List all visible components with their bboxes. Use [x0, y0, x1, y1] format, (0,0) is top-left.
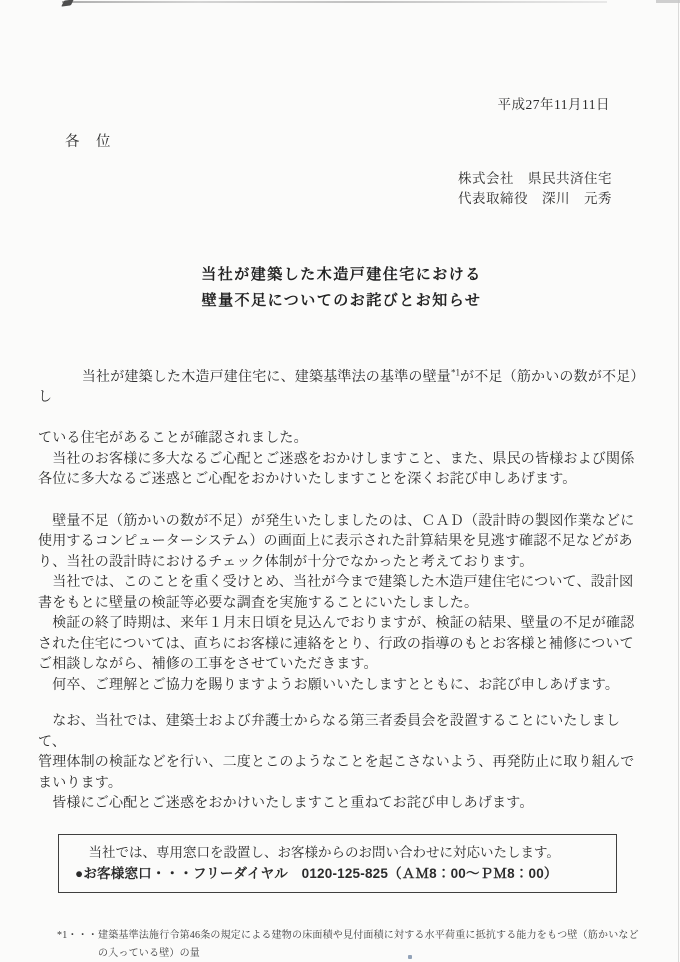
text-line: 何卒、ご理解とご協力を賜りますようお願いいたしますとともに、お詫び申しあげます。	[38, 676, 645, 697]
sender-company: 株式会社 県民共済住宅	[38, 169, 612, 189]
letter-date: 平成27年11月11日	[38, 93, 645, 113]
text-line: り、当社の設計時におけるチェック体制が十分でなかったと考えております。	[38, 553, 645, 574]
paragraph-opening: 当社が建築した木造戸建住宅に、建築基準法の基準の壁量*1が不足（筋かいの数が不足…	[38, 347, 645, 491]
scan-artifact-top-mark	[61, 0, 74, 7]
text-line: 書をもとに壁量の検証等必要な調査を実施することにいたしました。	[38, 594, 645, 615]
text-line: 当社のお客様に多大なるご心配とご迷惑をおかけしますこと、また、県民の皆様および関…	[38, 450, 645, 471]
text-line: 皆様にご心配とご迷惑をおかけいたしますこと重ねてお詫び申しあげます。	[38, 794, 645, 815]
salutation: 各 位	[38, 130, 645, 151]
paragraph-prevention: なお、当社では、建築士および弁護士からなる第三者委員会を設置することにいたしまし…	[38, 712, 645, 815]
text-line: 使用するコンピューターシステム）の画面上に表示された計算結果を見逃す確認不足など…	[38, 532, 645, 553]
paragraph-cause: 壁量不足（筋かいの数が不足）が発生いたしましたのは、ＣＡＤ（設計時の製図作業など…	[38, 512, 645, 697]
contact-box-intro: 当社では、専用窓口を設置し、お客様からのお問い合わせに対応いたします。	[75, 842, 604, 863]
opening-line1-before: 当社が建築した木造戸建住宅に、建築基準法の基準の壁量	[68, 370, 451, 385]
letter-content: 平成27年11月11日 各 位 株式会社 県民共済住宅 代表取締役 深川 元秀 …	[0, 93, 680, 962]
sender-block: 株式会社 県民共済住宅 代表取締役 深川 元秀	[38, 169, 645, 209]
text-line: ている住宅があることが確認されました。	[38, 429, 645, 450]
footnote-marker: *1・・・	[57, 927, 98, 962]
contact-phone-line: ●お客様窓口・・・フリーダイヤル 0120-125-825（ＡＭ8：00～ＰＭ8…	[75, 863, 604, 884]
text-line: の入っている壁）の量	[98, 945, 639, 962]
text-line: 管理体制の検証などを行い、二度とこのようなことを起こさないよう、再発防止に取り組…	[38, 753, 645, 774]
text-line: 建築基準法施行令第46条の規定による建物の床面積や見付面積に対する水平荷重に抵抗…	[98, 927, 639, 945]
text-line: まいります。	[38, 774, 645, 795]
text-line: ご相談しながら、補修の工事をさせていただきます。	[38, 655, 645, 676]
sender-representative: 代表取締役 深川 元秀	[38, 189, 612, 209]
scanned-letter-page: 平成27年11月11日 各 位 株式会社 県民共済住宅 代表取締役 深川 元秀 …	[0, 0, 680, 962]
text-line: 検証の終了時期は、来年１月末日頃を見込んでおりますが、検証の結果、壁量の不足が確…	[38, 614, 645, 635]
footnote: *1・・・ 建築基準法施行令第46条の規定による建物の床面積や見付面積に対する水…	[57, 927, 645, 962]
document-title: 当社が建築した木造戸建住宅における 壁量不足についてのお詫びとお知らせ	[38, 262, 645, 314]
text-line: 壁量不足（筋かいの数が不足）が発生いたしましたのは、ＣＡＤ（設計時の製図作業など…	[38, 512, 645, 533]
footnote-text: 建築基準法施行令第46条の規定による建物の床面積や見付面積に対する水平荷重に抵抗…	[98, 927, 639, 962]
scan-artifact-top-line	[62, 1, 607, 3]
text-line: なお、当社では、建築士および弁護士からなる第三者委員会を設置することにいたしまし…	[38, 712, 645, 753]
text-line-with-footnote-ref: 当社が建築した木造戸建住宅に、建築基準法の基準の壁量*1が不足（筋かいの数が不足…	[38, 347, 645, 429]
text-line: 当社では、このことを重く受けとめ、当社が今まで建築した木造戸建住宅について、設計…	[38, 573, 645, 594]
opening-lines: ている住宅があることが確認されました。 当社のお客様に多大なるご心配とご迷惑をお…	[38, 429, 645, 491]
text-line: された住宅については、直ちにお客様に連絡をとり、行政の指導のもとお客様と補修につ…	[38, 635, 645, 656]
footnote-reference: *1	[451, 367, 460, 377]
document-title-line1: 当社が建築した木造戸建住宅における	[38, 262, 645, 288]
document-title-line2: 壁量不足についてのお詫びとお知らせ	[38, 288, 645, 314]
contact-info-box: 当社では、専用窓口を設置し、お客様からのお問い合わせに対応いたします。 ●お客様…	[58, 834, 617, 893]
scan-artifact-top-right	[656, 0, 680, 3]
text-line: 各位に多大なるご迷惑とご心配をおかけいたしますことを深くお詫び申しあげます。	[38, 470, 645, 491]
